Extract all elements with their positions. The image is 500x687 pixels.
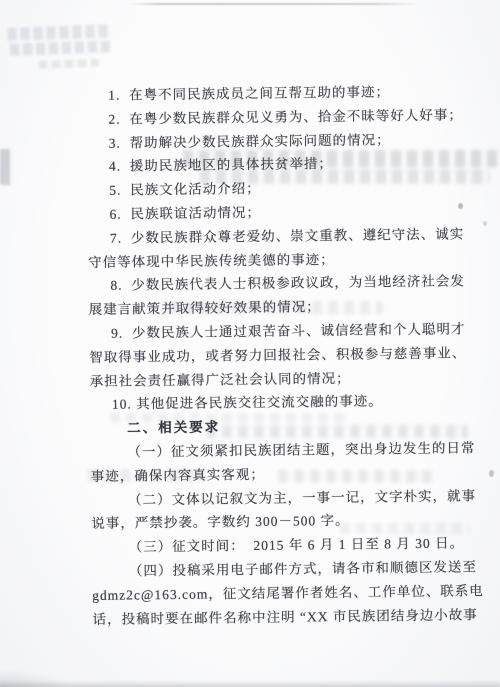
ink-speck	[489, 470, 494, 477]
text-line: （一）征文须紧扣民族团结主题，突出身边发生的日常	[90, 436, 470, 464]
text-line: 2. 在粤少数民族群众见义勇为、拾金不昧等好人好事；	[86, 103, 466, 131]
bleedthrough-strip	[0, 149, 13, 185]
stamp-text-row	[7, 24, 111, 41]
scan-edge-bottom-shadow	[0, 680, 500, 687]
stamp-text-row	[38, 59, 98, 69]
text-line: 7. 少数民族群众尊老爱幼、崇文重教、遵纪守法、诚实	[88, 222, 468, 250]
faint-stamp	[7, 22, 117, 74]
scanned-page: 1. 在粤不同民族成员之间互帮互助的事迹；2. 在粤少数民族群众见义勇为、拾金不…	[0, 0, 500, 687]
text-line: 话，投稿时要在邮件名称中注明 “XX 市民族团结身边小故事	[92, 603, 472, 631]
text-line: 智取得事业成功，或者努力回报社会、积极参与慈善事业、	[89, 341, 469, 369]
stamp-text-row	[10, 40, 110, 55]
ink-speck	[483, 221, 487, 226]
scan-edge-top-line	[128, 3, 420, 5]
document-body: 1. 在粤不同民族成员之间互帮互助的事迹；2. 在粤少数民族群众见义勇为、拾金不…	[86, 79, 473, 631]
text-line: 8. 少数民族代表人士积极参政议政，为当地经济社会发	[88, 270, 468, 298]
text-line: （二）文体以记叙文为主，一事一记，文字朴实，就事	[91, 484, 471, 512]
